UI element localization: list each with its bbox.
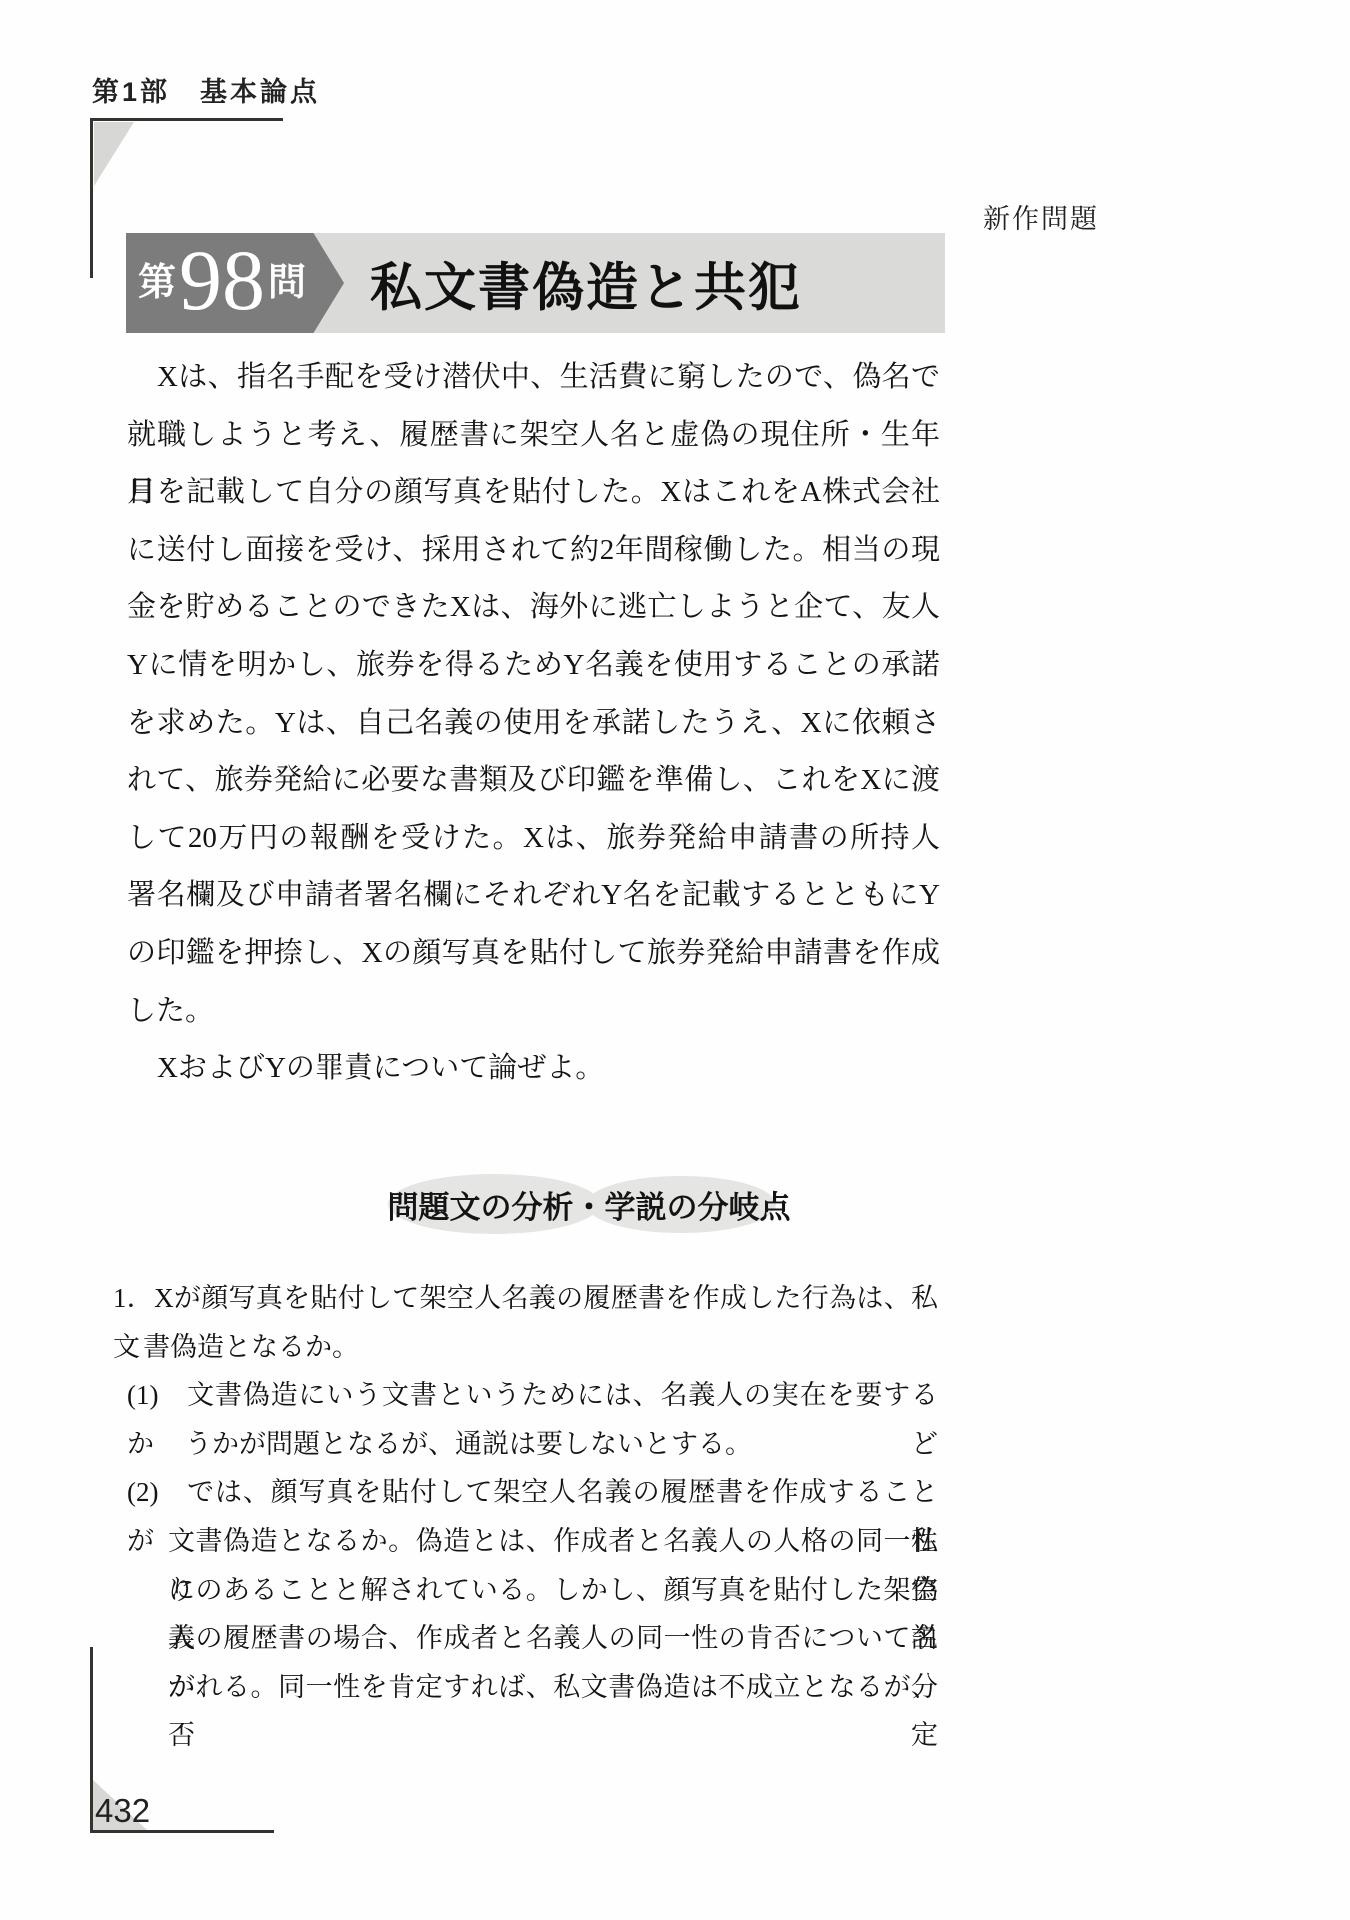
header-rule (90, 118, 283, 121)
problem-line: の印鑑を押捺し、Xの顔写真を貼付して旅券発給申請書を作成 (127, 925, 940, 983)
problem-line: 日を記載して自分の顔写真を貼付した。XはこれをA株式会社 (127, 464, 940, 522)
problem-line: した。 (127, 983, 940, 1041)
analysis-line: (1) 文書偽造にいう文書というためには、名義人の実在を要するかど (90, 1371, 938, 1420)
problem-title: 私文書偽造と共犯 (370, 246, 802, 321)
problem-line: れて、旅券発給に必要な書類及び印鑑を準備し、これをXに渡 (127, 752, 940, 810)
problem-line: 署名欄及び申請者署名欄にそれぞれY名を記載するとともにY (127, 867, 940, 925)
problem-number-badge: 第 98 問 (126, 233, 344, 333)
section-badge-label: 問題文の分析・学説の分岐点 (388, 1173, 790, 1235)
problem-statement: Xは、指名手配を受け潜伏中、生活費に窮したので、偽名で就職しようと考え、履歴書に… (127, 349, 940, 1098)
footer-rule (90, 1830, 274, 1833)
analysis-line: かれる。同一性を肯定すれば、私文書偽造は不成立となるが、否定 (90, 1663, 938, 1712)
problem-number-suffix: 問 (268, 264, 306, 302)
vertical-rule-bottom (90, 1647, 93, 1833)
book-page: 第1部 基本論点 新作問題 第 98 問 私文書偽造と共犯 Xは、指名手配を受け… (0, 0, 1350, 1920)
problem-line: して20万円の報酬を受けた。Xは、旅券発給申請書の所持人 (127, 810, 940, 868)
analysis-line: りのあることと解されている。しかし、顔写真を貼付した架空人名 (90, 1566, 938, 1615)
analysis-line: 書偽造となるか。 (90, 1323, 938, 1372)
problem-line: 就職しようと考え、履歴書に架空人名と虚偽の現住所・生年月 (127, 407, 940, 465)
problem-line: Yに情を明かし、旅券を得るためY名義を使用することの承諾 (127, 637, 940, 695)
problem-line: Xは、指名手配を受け潜伏中、生活費に窮したので、偽名で (127, 349, 940, 407)
problem-number-prefix: 第 (138, 264, 176, 302)
page-number: 432 (95, 1792, 150, 1830)
analysis-section: 1．Xが顔写真を貼付して架空人名義の履歴書を作成した行為は、私文書偽造となるか。… (90, 1274, 938, 1711)
problem-line: を求めた。Yは、自己名義の使用を承諾したうえ、Xに依頼さ (127, 695, 940, 753)
problem-number: 98 (179, 237, 265, 323)
problem-line: に送付し面接を受け、採用されて約2年間稼働した。相当の現 (127, 522, 940, 580)
title-bar: 第 98 問 私文書偽造と共犯 (126, 233, 945, 333)
analysis-line: 1．Xが顔写真を貼付して架空人名義の履歴書を作成した行為は、私文 (90, 1274, 938, 1323)
problem-line: 金を貯めることのできたXは、海外に逃亡しようと企て、友人 (127, 579, 940, 637)
problem-type-tag: 新作問題 (983, 197, 1099, 236)
fold-triangle-top (94, 122, 134, 186)
analysis-line: (2) では、顔写真を貼付して架空人名義の履歴書を作成することが私 (90, 1468, 938, 1517)
analysis-line: 文書偽造となるか。偽造とは、作成者と名義人の人格の同一性に偽 (90, 1517, 938, 1566)
vertical-rule-top (90, 118, 93, 278)
problem-line: XおよびYの罪責について論ぜよ。 (127, 1040, 940, 1098)
part-label: 第1部 基本論点 (92, 70, 320, 109)
section-badge: 問題文の分析・学説の分岐点 (388, 1173, 790, 1235)
analysis-line: 義の履歴書の場合、作成者と名義人の同一性の肯否について説が分 (90, 1614, 938, 1663)
